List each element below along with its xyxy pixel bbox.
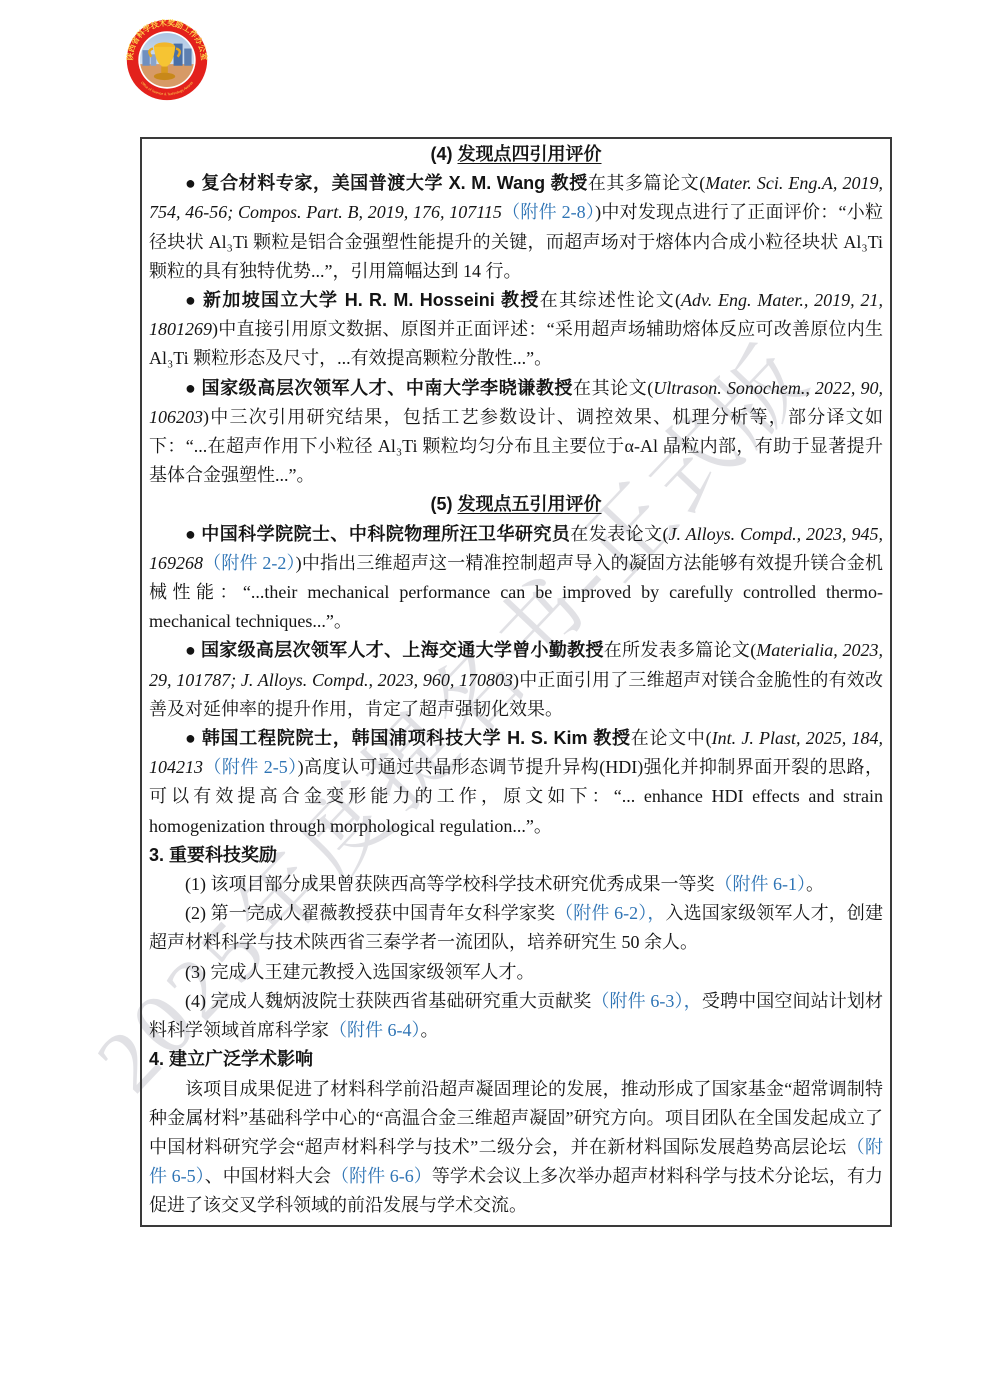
text-run: 。 <box>806 874 824 894</box>
text-run: (1) 该项目部分成果曾获陕西高等学校科学技术研究优秀成果一等奖 <box>185 874 715 894</box>
award-item-1: (1) 该项目部分成果曾获陕西高等学校科学技术研究优秀成果一等奖（附件 6-1）… <box>149 870 883 899</box>
award-office-logo-svg: 陕西省科学技术奖励工作办公室 Office of Science & Techn… <box>126 19 208 101</box>
text-run: 韩国工程院院士，韩国浦项科技大学 H. S. Kim 教授 <box>202 728 631 748</box>
citation-paragraph: ● 韩国工程院院士，韩国浦项科技大学 H. S. Kim 教授在论文中(Int.… <box>149 724 883 841</box>
text-run: 国家级高层次领军人才、中南大学李晓谦教授 <box>202 378 573 398</box>
bullet-dot: ● <box>185 640 201 660</box>
text-run: 在发表论文( <box>570 524 668 544</box>
text-run: 该项目成果促进了材料科学前沿超声凝固理论的发展，推动形成了国家基金“超常调制特种… <box>149 1079 883 1157</box>
award-item-2: (2) 第一完成人翟薇教授获中国青年女科学家奖（附件 6-2），入选国家级领军人… <box>149 899 883 957</box>
text-run: 在论文中( <box>631 728 712 748</box>
text-run: (4) <box>431 144 458 164</box>
text-run: 发现点四引用评价 <box>458 144 602 164</box>
award-item-3: (3) 完成人王建元教授入选国家级领军人才。 <box>149 958 883 987</box>
attachment-link[interactable]: （附件 6-2）， <box>555 903 665 923</box>
text-run: 发现点五引用评价 <box>458 494 602 514</box>
text-run: 在所发表多篇论文( <box>604 640 756 660</box>
text-run: 在其多篇论文( <box>588 173 705 193</box>
attachment-link[interactable]: （附件 6-3）， <box>591 991 701 1011</box>
text-run: 、中国材料大会 <box>205 1166 331 1186</box>
attachment-link[interactable]: （附件 2-5） <box>203 757 298 777</box>
citation-paragraph: ● 新加坡国立大学 H. R. M. Hosseini 教授在其综述性论文(Ad… <box>149 286 883 374</box>
bullet-dot: ● <box>185 378 202 398</box>
text-run: (2) 第一完成人翟薇教授获中国青年女科学家奖 <box>185 903 555 923</box>
bullet-dot: ● <box>185 173 202 193</box>
text-run: 4. 建立广泛学术影响 <box>149 1049 313 1069</box>
text-run: 新加坡国立大学 H. R. M. Hosseini 教授 <box>203 290 540 310</box>
section-title-4: (4) 发现点四引用评价 <box>149 140 883 169</box>
text-run: )中三次引用研究结果，包括工艺参数设计、调控效果、机理分析等，部分译文如下：“.… <box>149 407 883 485</box>
citation-paragraph: ● 国家级高层次领军人才、上海交通大学曾小勤教授在所发表多篇论文(Materia… <box>149 636 883 724</box>
attachment-link[interactable]: （附件 2-2） <box>203 553 296 573</box>
text-run: 复合材料专家，美国普渡大学 X. M. Wang 教授 <box>202 173 588 193</box>
page: { "logo": { "top_text": "陕西省科学技术奖励工作办公室"… <box>0 0 990 1399</box>
text-run: (3) 完成人王建元教授入选国家级领军人才。 <box>185 962 535 982</box>
attachment-link[interactable]: （附件 2-8） <box>502 202 595 222</box>
bullet-dot: ● <box>185 524 201 544</box>
text-run: 在其论文( <box>573 378 653 398</box>
citation-paragraph: ● 复合材料专家，美国普渡大学 X. M. Wang 教授在其多篇论文(Mate… <box>149 169 883 286</box>
section-title-5: (5) 发现点五引用评价 <box>149 490 883 519</box>
bullet-dot: ● <box>185 290 203 310</box>
text-run: 在其综述性论文( <box>540 290 681 310</box>
text-run: 中国科学院院士、中科院物理所汪卫华研究员 <box>201 524 570 544</box>
award-item-4: (4) 完成人魏炳波院士获陕西省基础研究重大贡献奖（附件 6-3），受聘中国空间… <box>149 987 883 1045</box>
section-heading-4: 4. 建立广泛学术影响 <box>149 1045 883 1074</box>
document-body: (4) 发现点四引用评价● 复合材料专家，美国普渡大学 X. M. Wang 教… <box>140 137 892 1227</box>
section-heading-3: 3. 重要科技奖励 <box>149 841 883 870</box>
citation-paragraph: ● 中国科学院院士、中科院物理所汪卫华研究员在发表论文(J. Alloys. C… <box>149 520 883 637</box>
citation-paragraph: ● 国家级高层次领军人才、中南大学李晓谦教授在其论文(Ultrason. Son… <box>149 374 883 491</box>
text-run: (4) 完成人魏炳波院士获陕西省基础研究重大贡献奖 <box>185 991 591 1011</box>
text-run: )中直接引用原文数据、原图并正面评述：“采用超声场辅助熔体反应可改善原位内生 A… <box>149 319 883 368</box>
impact-paragraph: 该项目成果促进了材料科学前沿超声凝固理论的发展，推动形成了国家基金“超常调制特种… <box>149 1075 883 1221</box>
text-run: 3. 重要科技奖励 <box>149 845 277 865</box>
award-office-logo: 陕西省科学技术奖励工作办公室 Office of Science & Techn… <box>126 19 208 101</box>
text-run: (5) <box>431 494 458 514</box>
attachment-link[interactable]: （附件 6-6） <box>331 1166 432 1186</box>
text-run: 国家级高层次领军人才、上海交通大学曾小勤教授 <box>201 640 604 660</box>
attachment-link[interactable]: （附件 6-4） <box>329 1020 421 1040</box>
attachment-link[interactable]: （附件 6-1） <box>715 874 807 894</box>
bullet-dot: ● <box>185 728 202 748</box>
text-run: 。 <box>421 1020 439 1040</box>
